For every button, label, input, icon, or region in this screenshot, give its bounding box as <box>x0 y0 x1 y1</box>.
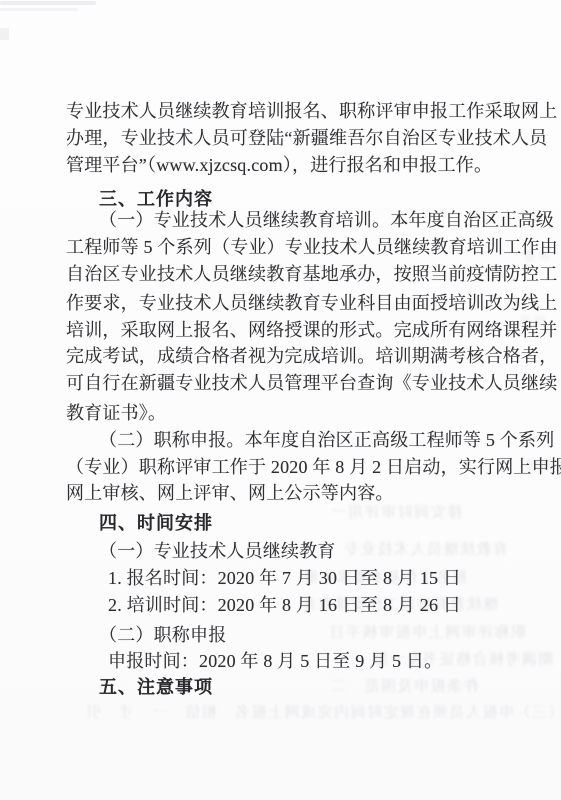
document-page: 排安间时审评用一 育教续继员人术技业专 报名工作基本要求上册 继续教育培训工作安… <box>0 0 561 800</box>
doc-line: 可自行在新疆专业技术人员管理平台查询《专业技术人员继续 <box>66 370 528 397</box>
scan-artifact <box>0 8 78 11</box>
doc-line: （专业）职称评审工作于 2020 年 8 月 2 日启动，实行网上申报、 <box>66 454 528 481</box>
doc-line: 自治区专业技术人员继续教育基地承办，按照当前疫情防控工 <box>66 261 528 288</box>
doc-line: 1. 报名时间：2020 年 7 月 30 日至 8 月 15 日 <box>108 565 561 592</box>
doc-line: 网上审核、网上评审、网上公示等内容。 <box>66 480 528 507</box>
scan-artifact <box>0 1 96 5</box>
doc-line: 工程师等 5 个系列（专业）专业技术人员继续教育培训工作由 <box>66 234 528 261</box>
doc-line: 教育证书》。 <box>66 400 528 427</box>
doc-line: （二）职称申报 <box>99 622 561 649</box>
doc-line: 专业技术人员继续教育培训报名、职称评审申报工作采取网上 <box>66 98 528 125</box>
doc-line: （一）专业技术人员继续教育培训。本年度自治区正高级 <box>99 207 561 234</box>
section-heading: 五、注意事项 <box>99 674 561 701</box>
doc-line: 管理平台”（www.xjzcsq.com），进行报名和申报工作。 <box>66 152 528 179</box>
doc-line: （一）专业技术人员继续教育 <box>99 538 561 565</box>
section-heading: 四、时间安排 <box>99 510 561 537</box>
doc-line: 完成考试，成绩合格者视为完成培训。培训期满考核合格者， <box>66 343 528 370</box>
bleedthrough-text: （三）申报人员须在规定时间内完成网上报名 相信 一 寸 引 <box>85 703 561 723</box>
doc-line: 2. 培训时间：2020 年 8 月 16 日至 8 月 26 日 <box>108 592 561 619</box>
scan-artifact <box>0 28 9 40</box>
doc-line: （二）职称申报。本年度自治区正高级工程师等 5 个系列 <box>99 427 561 454</box>
doc-line: 办理，专业技术人员可登陆“新疆维吾尔自治区专业技术人员 <box>66 125 528 152</box>
doc-line: 培训，采取网上报名、网络授课的形式。完成所有网络课程并 <box>66 317 528 344</box>
doc-line: 作要求，专业技术人员继续教育专业科目由面授培训改为线上 <box>66 290 528 317</box>
doc-line: 申报时间：2020 年 8 月 5 日至 9 月 5 日。 <box>108 648 561 675</box>
